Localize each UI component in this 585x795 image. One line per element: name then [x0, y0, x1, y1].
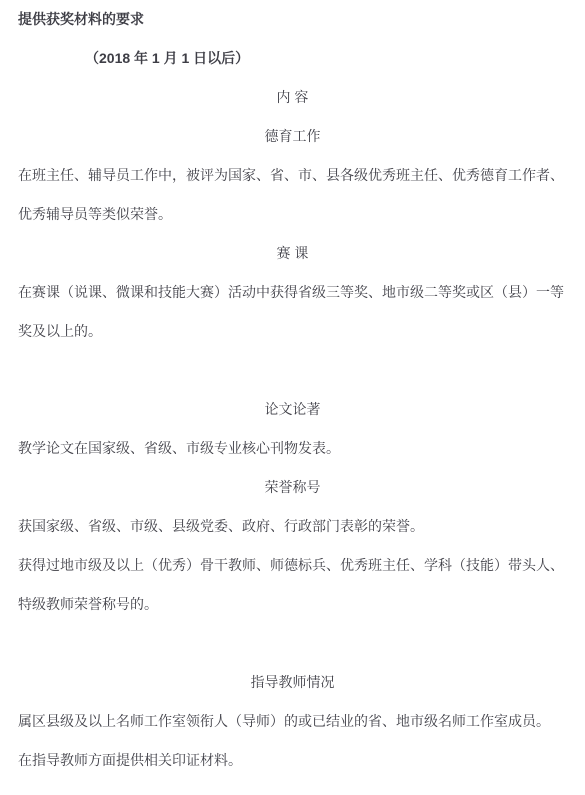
section-heading-papers: 论文论著 — [18, 390, 567, 429]
section-heading-moral-education: 德育工作 — [18, 117, 567, 156]
section-heading-lesson-competition: 赛 课 — [18, 234, 567, 273]
document-page: 提供获奖材料的要求 （2018 年 1 月 1 日以后） 内 容 德育工作 在班… — [0, 0, 585, 795]
blank-line — [18, 624, 567, 663]
document-title: 提供获奖材料的要求 — [18, 0, 567, 39]
section-heading-honors: 荣誉称号 — [18, 468, 567, 507]
document-subtitle: （2018 年 1 月 1 日以后） — [18, 39, 567, 78]
section-paragraph-mentor-teacher-1: 属区县级及以上名师工作室领衔人（导师）的或已结业的省、地市级名师工作室成员。 — [18, 702, 567, 741]
section-paragraph-papers: 教学论文在国家级、省级、市级专业核心刊物发表。 — [18, 429, 567, 468]
section-paragraph-honors-2: 获得过地市级及以上（优秀）骨干教师、师德标兵、优秀班主任、学科（技能）带头人、特… — [18, 546, 567, 624]
section-heading-mentor-teacher: 指导教师情况 — [18, 663, 567, 702]
section-paragraph-lesson-competition: 在赛课（说课、微课和技能大赛）活动中获得省级三等奖、地市级二等奖或区（县）一等奖… — [18, 273, 567, 351]
content-heading: 内 容 — [18, 78, 567, 117]
section-paragraph-moral-education: 在班主任、辅导员工作中，被评为国家、省、市、县各级优秀班主任、优秀德育工作者、优… — [18, 156, 567, 234]
blank-line — [18, 351, 567, 390]
section-paragraph-honors-1: 获国家级、省级、市级、县级党委、政府、行政部门表彰的荣誉。 — [18, 507, 567, 546]
section-paragraph-mentor-teacher-2: 在指导教师方面提供相关印证材料。 — [18, 741, 567, 780]
